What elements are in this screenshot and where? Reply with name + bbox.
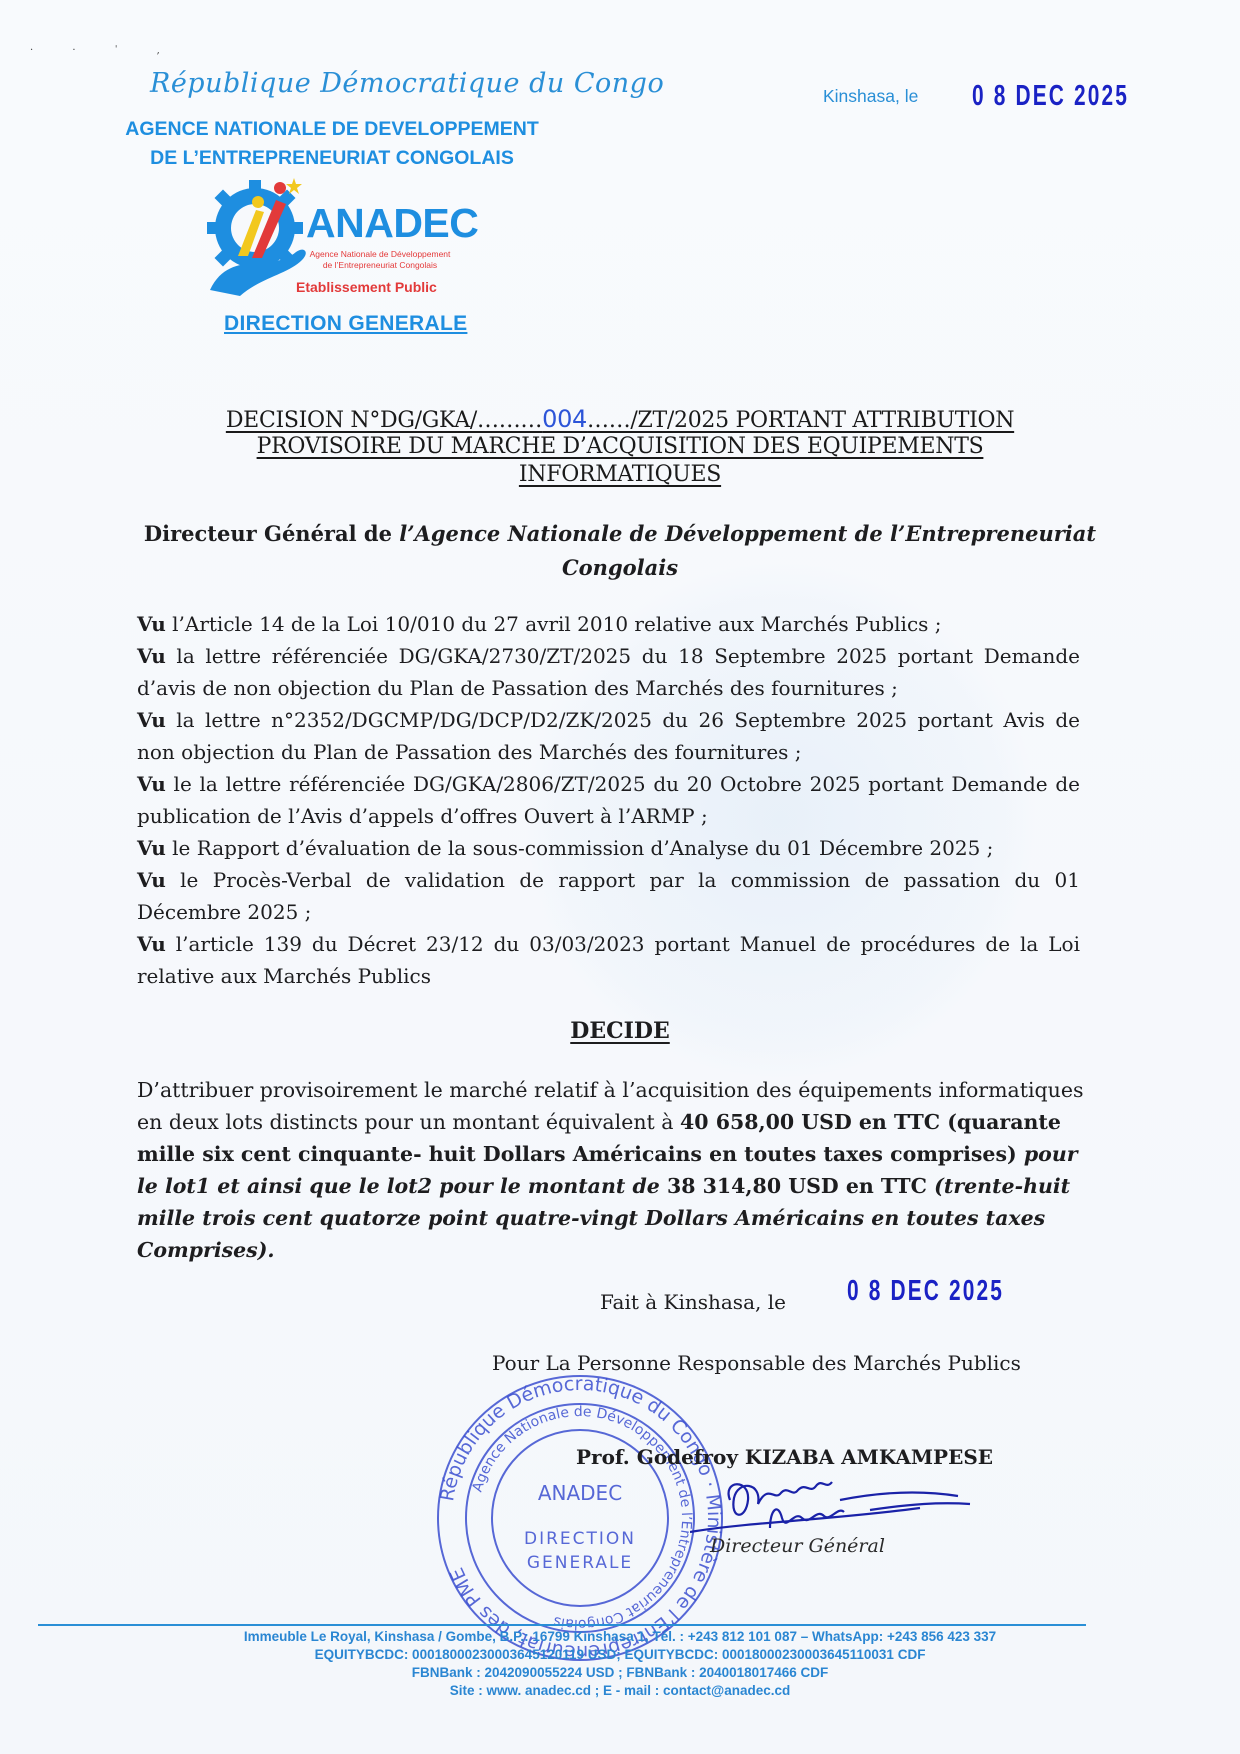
agency-name-line1: AGENCE NATIONALE DE DEVELOPPEMENT — [122, 118, 542, 141]
considerant-item: Vu l’Article 14 de la Loi 10/010 du 27 a… — [137, 608, 1080, 640]
official-seal-icon: République Démocratique du Congo · Minis… — [430, 1368, 730, 1668]
document-page: · · ˈ , République Démocratique du Congo… — [0, 0, 1240, 1754]
considerants-list: Vu l’Article 14 de la Loi 10/010 du 27 a… — [137, 608, 1080, 992]
scan-specks: · · ˈ , — [30, 45, 178, 56]
considerant-item: Vu le la lettre référenciée DG/GKA/2806/… — [137, 768, 1080, 832]
decide-heading: DECIDE — [140, 1018, 1100, 1044]
signatory-name: Prof. Godefroy KIZABA AMKAMPESE — [576, 1445, 993, 1469]
decision-title-line2: PROVISOIRE DU MARCHE D’ACQUISITION DES E… — [140, 434, 1100, 459]
considerant-item: Vu la lettre référenciée DG/GKA/2730/ZT/… — [137, 640, 1080, 704]
footer-contact: Site : www. anadec.cd ; E - mail : conta… — [100, 1682, 1140, 1700]
date-stamp-bottom: 0 8 DEC 2025 — [847, 1275, 1004, 1308]
svg-text:Agence Nationale de Développem: Agence Nationale de Développement de l’E… — [470, 1404, 694, 1632]
logo-subtitle-line2: de l’Entrepreneuriat Congolais — [285, 260, 475, 270]
considerant-item: Vu l’article 139 du Décret 23/12 du 03/0… — [137, 928, 1080, 992]
footer-address: Immeuble Le Royal, Kinshasa / Gombe, B.P… — [100, 1628, 1140, 1646]
title-suffix: ……/ZT/2025 PORTANT ATTRIBUTION — [587, 408, 1014, 433]
title-prefix: DECISION N°DG/GKA/……… — [226, 408, 542, 433]
decision-title-line3: INFORMATIQUES — [140, 462, 1100, 487]
decision-title-line1: DECISION N°DG/GKA/………004……/ZT/2025 PORTA… — [140, 405, 1100, 433]
signatory-role: Directeur Général — [710, 1535, 885, 1557]
handwritten-decision-number: 004 — [542, 405, 587, 433]
considerant-item: Vu le Rapport d’évaluation de la sous-co… — [137, 832, 1080, 864]
decision-body: D’attribuer provisoirement le marché rel… — [137, 1074, 1087, 1266]
svg-text:DIRECTION: DIRECTION — [524, 1529, 636, 1549]
director-heading: Directeur Général de l’Agence Nationale … — [140, 517, 1100, 585]
considerant-item: Vu la lettre n°2352/DGCMP/DG/DCP/D2/ZK/2… — [137, 704, 1080, 768]
signing-place: Fait à Kinshasa, le — [600, 1290, 786, 1314]
department-heading: DIRECTION GENERALE — [224, 312, 467, 336]
republic-heading: République Démocratique du Congo — [150, 68, 664, 99]
date-stamp-top: 0 8 DEC 2025 — [972, 80, 1129, 113]
footer-bank-equity: EQUITYBCDC: 00018000230003645120119 USD;… — [100, 1646, 1140, 1664]
considerant-item: Vu le Procès-Verbal de validation de rap… — [137, 864, 1080, 928]
svg-text:GENERALE: GENERALE — [527, 1553, 633, 1573]
agency-name-line2: DE L’ENTREPRENEURIAT CONGOLAIS — [122, 147, 542, 170]
lot2-amount: 38 314,80 USD en TTC — [667, 1174, 927, 1198]
place-label: Kinshasa, le — [823, 86, 918, 107]
logo-title: ANADEC — [306, 200, 478, 247]
logo-subtitle-line1: Agence Nationale de Développement — [285, 249, 475, 259]
establishment-status: Etablissement Public — [296, 279, 437, 295]
handwritten-signature-icon — [690, 1470, 980, 1540]
footer-divider — [38, 1624, 1086, 1626]
svg-text:ANADEC: ANADEC — [538, 1481, 622, 1505]
footer-bank-fbn: FBNBank : 2042090055224 USD ; FBNBank : … — [100, 1664, 1140, 1682]
